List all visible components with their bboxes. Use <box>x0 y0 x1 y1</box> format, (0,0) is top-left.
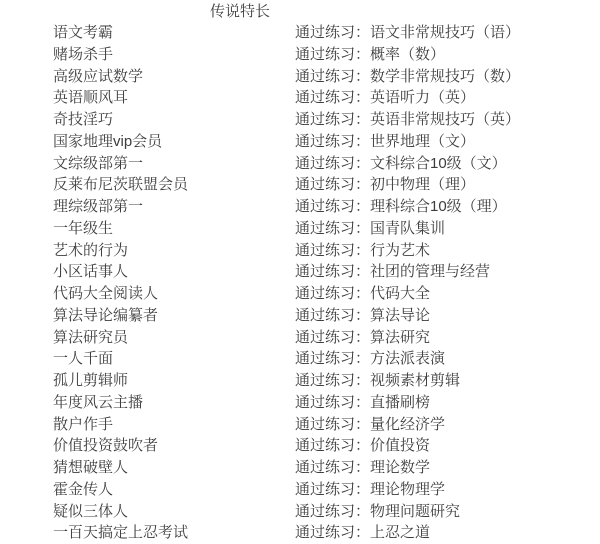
table-row: 孤儿剪辑师 通过练习：视频素材剪辑 <box>0 370 600 392</box>
talent-name: 理综级部第一 <box>53 196 295 218</box>
talent-requirement: 通过练习：文科综合10级（文） <box>295 153 600 175</box>
table-row: 年度风云主播 通过练习：直播刷榜 <box>0 392 600 414</box>
talent-requirement: 通过练习：视频素材剪辑 <box>295 370 600 392</box>
talent-name: 年度风云主播 <box>53 392 295 414</box>
talent-name: 艺术的行为 <box>53 240 295 262</box>
talent-name: 猜想破壁人 <box>53 457 295 479</box>
table-row: 国家地理vip会员 通过练习：世界地理（文） <box>0 131 600 153</box>
table-row: 一百天搞定上忍考试 通过练习：上忍之道 <box>0 522 600 544</box>
table-row: 艺术的行为 通过练习：行为艺术 <box>0 240 600 262</box>
talent-table: 语文考霸 通过练习：语文非常规技巧（语） 赌场杀手 通过练习：概率（数） 高级应… <box>0 22 600 544</box>
talent-name: 国家地理vip会员 <box>53 131 295 153</box>
talent-requirement: 通过练习：物理问题研究 <box>295 501 600 523</box>
talent-name: 英语顺风耳 <box>53 87 295 109</box>
talent-name: 一年级生 <box>53 218 295 240</box>
page-title: 传说特长 <box>0 2 600 22</box>
talent-name: 奇技淫巧 <box>53 109 295 131</box>
talent-name: 算法研究员 <box>53 327 295 349</box>
legendary-talent-list-page: 传说特长 语文考霸 通过练习：语文非常规技巧（语） 赌场杀手 通过练习：概率（数… <box>0 0 600 544</box>
table-row: 语文考霸 通过练习：语文非常规技巧（语） <box>0 22 600 44</box>
talent-requirement: 通过练习：国青队集训 <box>295 218 600 240</box>
table-row: 英语顺风耳 通过练习：英语听力（英） <box>0 87 600 109</box>
talent-name: 语文考霸 <box>53 22 295 44</box>
talent-requirement: 通过练习：上忍之道 <box>295 522 600 544</box>
talent-requirement: 通过练习：数学非常规技巧（数） <box>295 66 600 88</box>
talent-name: 孤儿剪辑师 <box>53 370 295 392</box>
talent-requirement: 通过练习：价值投资 <box>295 435 600 457</box>
talent-name: 霍金传人 <box>53 479 295 501</box>
talent-requirement: 通过练习：量化经济学 <box>295 414 600 436</box>
talent-name: 反莱布尼茨联盟会员 <box>53 174 295 196</box>
table-row: 算法导论编纂者 通过练习：算法导论 <box>0 305 600 327</box>
talent-requirement: 通过练习：理论数学 <box>295 457 600 479</box>
talent-name: 散户作手 <box>53 414 295 436</box>
table-row: 价值投资鼓吹者 通过练习：价值投资 <box>0 435 600 457</box>
table-row: 赌场杀手 通过练习：概率（数） <box>0 44 600 66</box>
talent-name: 疑似三体人 <box>53 501 295 523</box>
talent-requirement: 通过练习：算法研究 <box>295 327 600 349</box>
talent-requirement: 通过练习：代码大全 <box>295 283 600 305</box>
talent-requirement: 通过练习：算法导论 <box>295 305 600 327</box>
talent-name: 代码大全阅读人 <box>53 283 295 305</box>
talent-requirement: 通过练习：方法派表演 <box>295 348 600 370</box>
talent-requirement: 通过练习：英语非常规技巧（英） <box>295 109 600 131</box>
table-row: 一年级生 通过练习：国青队集训 <box>0 218 600 240</box>
talent-requirement: 通过练习：行为艺术 <box>295 240 600 262</box>
table-row: 霍金传人 通过练习：理论物理学 <box>0 479 600 501</box>
table-row: 反莱布尼茨联盟会员 通过练习：初中物理（理） <box>0 174 600 196</box>
talent-name: 小区话事人 <box>53 261 295 283</box>
talent-requirement: 通过练习：直播刷榜 <box>295 392 600 414</box>
table-row: 算法研究员 通过练习：算法研究 <box>0 327 600 349</box>
talent-name: 一百天搞定上忍考试 <box>53 522 295 544</box>
talent-requirement: 通过练习：理论物理学 <box>295 479 600 501</box>
talent-name: 价值投资鼓吹者 <box>53 435 295 457</box>
table-row: 一人千面 通过练习：方法派表演 <box>0 348 600 370</box>
talent-requirement: 通过练习：概率（数） <box>295 44 600 66</box>
table-row: 小区话事人 通过练习：社团的管理与经营 <box>0 261 600 283</box>
table-row: 散户作手 通过练习：量化经济学 <box>0 414 600 436</box>
table-row: 文综级部第一 通过练习：文科综合10级（文） <box>0 153 600 175</box>
talent-name: 高级应试数学 <box>53 66 295 88</box>
talent-name: 算法导论编纂者 <box>53 305 295 327</box>
talent-requirement: 通过练习：语文非常规技巧（语） <box>295 22 600 44</box>
talent-name: 文综级部第一 <box>53 153 295 175</box>
talent-requirement: 通过练习：英语听力（英） <box>295 87 600 109</box>
talent-name: 一人千面 <box>53 348 295 370</box>
table-row: 猜想破壁人 通过练习：理论数学 <box>0 457 600 479</box>
table-row: 代码大全阅读人 通过练习：代码大全 <box>0 283 600 305</box>
talent-requirement: 通过练习：世界地理（文） <box>295 131 600 153</box>
table-row: 奇技淫巧 通过练习：英语非常规技巧（英） <box>0 109 600 131</box>
talent-requirement: 通过练习：社团的管理与经营 <box>295 261 600 283</box>
talent-requirement: 通过练习：理科综合10级（理） <box>295 196 600 218</box>
table-row: 高级应试数学 通过练习：数学非常规技巧（数） <box>0 66 600 88</box>
table-row: 理综级部第一 通过练习：理科综合10级（理） <box>0 196 600 218</box>
talent-requirement: 通过练习：初中物理（理） <box>295 174 600 196</box>
talent-name: 赌场杀手 <box>53 44 295 66</box>
table-row: 疑似三体人 通过练习：物理问题研究 <box>0 501 600 523</box>
